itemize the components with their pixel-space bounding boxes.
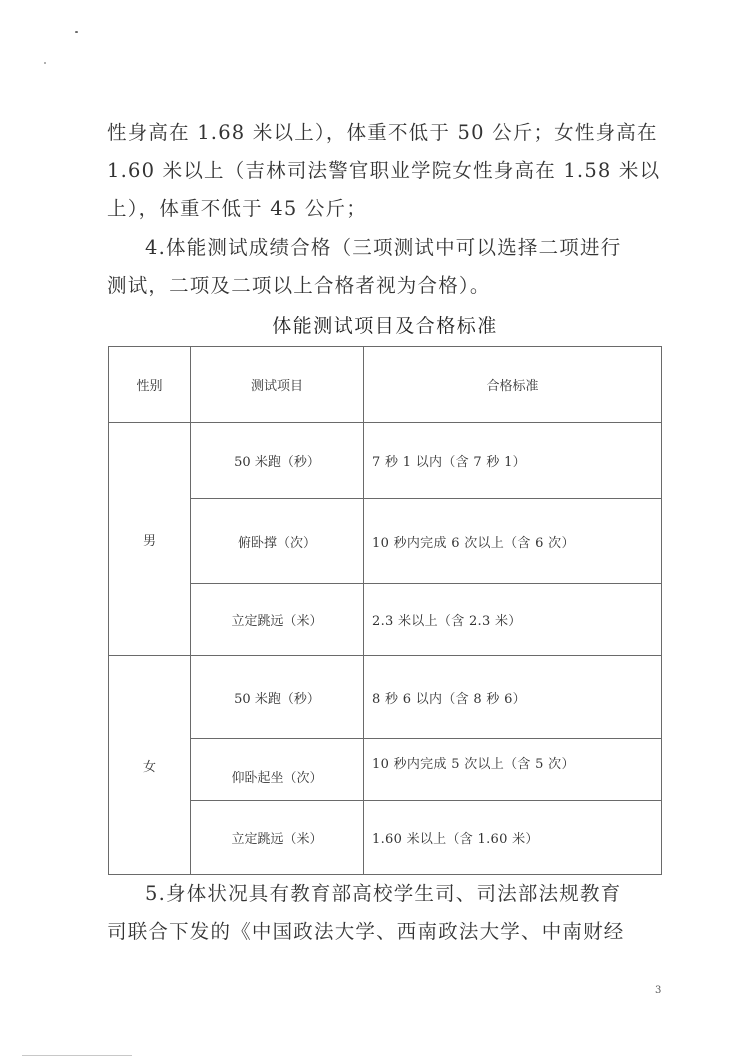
table-row: 男 50 米跑（秒） 7 秒 1 以内（含 7 秒 1） bbox=[109, 423, 662, 499]
page-number: 3 bbox=[655, 985, 661, 996]
paragraph-5-line-1: 5.身体状况具有教育部高校学生司、司法部法规教育 bbox=[145, 879, 663, 909]
header-standard: 合格标准 bbox=[364, 347, 662, 423]
table-row: 立定跳远（米） 2.3 米以上（含 2.3 米） bbox=[109, 584, 662, 656]
paragraph-3-line-2: 1.60 米以上（吉林司法警官职业学院女性身高在 1.58 米以 bbox=[107, 156, 663, 186]
paragraph-4-line-1: 4.体能测试成绩合格（三项测试中可以选择二项进行 bbox=[145, 233, 663, 263]
fitness-standards-table: 性别 测试项目 合格标准 男 50 米跑（秒） 7 秒 1 以内（含 7 秒 1… bbox=[108, 346, 662, 875]
test-item-cell: 50 米跑（秒） bbox=[191, 423, 364, 499]
test-item-cell: 俯卧撑（次） bbox=[191, 499, 364, 584]
paragraph-3-line-3: 上），体重不低于 45 公斤； bbox=[107, 194, 663, 224]
header-test-item: 测试项目 bbox=[191, 347, 364, 423]
test-item-cell: 立定跳远（米） bbox=[191, 801, 364, 875]
standard-cell: 10 秒内完成 6 次以上（含 6 次） bbox=[364, 499, 662, 584]
table-header-row: 性别 测试项目 合格标准 bbox=[109, 347, 662, 423]
standard-cell: 10 秒内完成 5 次以上（含 5 次） bbox=[364, 739, 662, 801]
test-item-cell: 仰卧起坐（次） bbox=[191, 739, 364, 801]
paragraph-3-line-1: 性身高在 1.68 米以上），体重不低于 50 公斤；女性身高在 bbox=[107, 118, 663, 148]
table-title: 体能测试项目及合格标准 bbox=[0, 311, 750, 338]
scan-speck bbox=[75, 31, 78, 33]
test-item-cell: 立定跳远（米） bbox=[191, 584, 364, 656]
gender-cell-male: 男 bbox=[109, 423, 191, 656]
table-row: 俯卧撑（次） 10 秒内完成 6 次以上（含 6 次） bbox=[109, 499, 662, 584]
table-row: 立定跳远（米） 1.60 米以上（含 1.60 米） bbox=[109, 801, 662, 875]
paragraph-4-line-2: 测试，二项及二项以上合格者视为合格）。 bbox=[107, 271, 663, 301]
gender-cell-female: 女 bbox=[109, 656, 191, 875]
standard-cell: 2.3 米以上（含 2.3 米） bbox=[364, 584, 662, 656]
table-row: 女 50 米跑（秒） 8 秒 6 以内（含 8 秒 6） bbox=[109, 656, 662, 739]
header-gender: 性别 bbox=[109, 347, 191, 423]
paragraph-5-line-2: 司联合下发的《中国政法大学、西南政法大学、中南财经 bbox=[107, 917, 663, 947]
standard-cell: 1.60 米以上（含 1.60 米） bbox=[364, 801, 662, 875]
table-row: 仰卧起坐（次） 10 秒内完成 5 次以上（含 5 次） bbox=[109, 739, 662, 801]
scan-speck bbox=[44, 62, 46, 64]
standard-cell: 7 秒 1 以内（含 7 秒 1） bbox=[364, 423, 662, 499]
scan-edge-line bbox=[22, 1055, 132, 1056]
standard-cell: 8 秒 6 以内（含 8 秒 6） bbox=[364, 656, 662, 739]
test-item-cell: 50 米跑（秒） bbox=[191, 656, 364, 739]
